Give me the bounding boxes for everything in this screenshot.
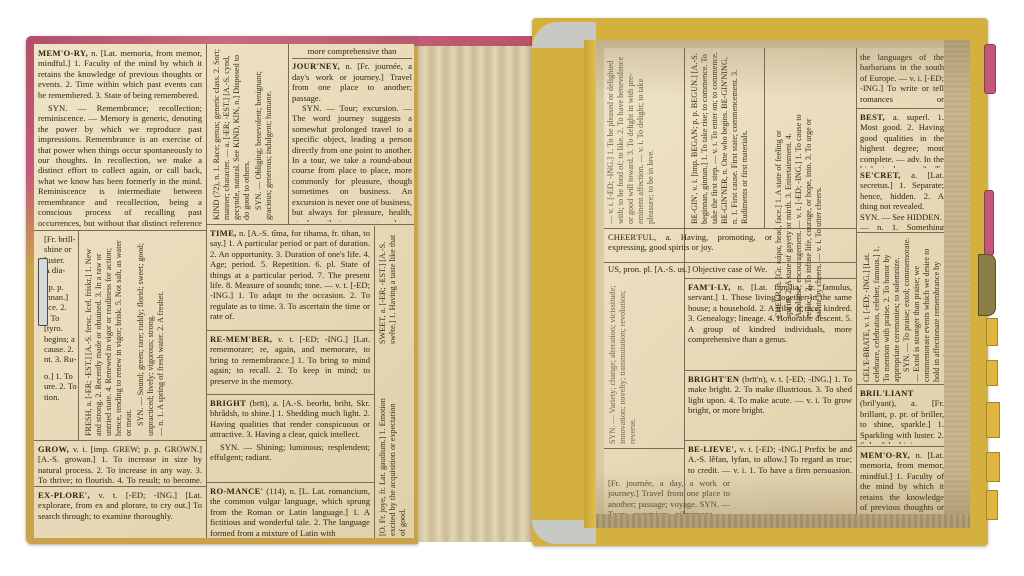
entry-variety-rotated: SYN. — Variety; change; alteration; vici…: [608, 284, 682, 444]
headword: MEM'O-RY,: [38, 48, 88, 58]
row-divider: [206, 330, 374, 331]
entry-begin-rotated: BE-GIN', v. i. [imp. BEGAN; p. p. BEGUN.…: [690, 52, 762, 224]
gold-tab-4: [986, 452, 1000, 482]
column-divider: [206, 44, 207, 538]
row-divider: [34, 486, 206, 487]
box-right-wall: [944, 40, 970, 528]
gold-tab-2: [986, 360, 998, 386]
entry-romance-continued: the languages of the barbarians in the s…: [860, 52, 944, 106]
entry-remember: RE-MEM'BER, v. t. [-ED; -ING.] [Lat. rem…: [210, 334, 370, 392]
entry-delight-rotated: — v. i. [-ED; -ING.] 1. To be pleased or…: [606, 52, 682, 224]
olive-clasp[interactable]: [978, 254, 996, 316]
box-left-wall: [584, 40, 596, 528]
row-divider: [206, 482, 374, 483]
row-divider: [206, 394, 374, 395]
synonyms: SYN. — Remembrance; recollection; remini…: [38, 103, 202, 228]
row-divider: [34, 230, 206, 231]
column-divider: [288, 44, 289, 224]
entry-sweet-rotated: SWEET, a. [-ER; -EST.] [A.-S. swête.] 1.…: [378, 226, 412, 344]
entry-family: FAM'I-LY, n. [Lat. familia, fr. famulus,…: [688, 282, 852, 368]
entry-explore: EX-PLORE', v. t. [-ED; -ING.] [Lat. expl…: [38, 490, 202, 534]
pink-tab-middle: [984, 190, 994, 256]
entry-romance: RO-MANCE' (114), n. [L. Lat. romancium, …: [210, 486, 370, 536]
entry-partial-fragments: [Fr. brill- shine or luster. A dia- : p.…: [44, 234, 78, 434]
entry-brighten: BRIGHT'EN (brīt'n), v. t. [-ED; -ING.] 1…: [688, 374, 852, 438]
entry-best: BEST, a. superl. 1. Most good. 2. Having…: [860, 112, 944, 168]
gold-tab-5: [986, 490, 998, 520]
entry-journey-fragment: [Fr. journée, a day, a work or journey.]…: [608, 478, 730, 514]
row-divider: [34, 440, 206, 441]
column-divider: [374, 226, 375, 538]
entry-journey: more comprehensive than JOUR'NEY, n. [Fr…: [292, 46, 412, 222]
entry-fresh-rotated: FRESH, a. [-ER; -EST.] [A.-S. fersc, Ice…: [84, 236, 202, 436]
column-divider: [78, 230, 79, 440]
ribbon-slot: [38, 258, 48, 326]
entry-memory-repeat: MEM'O-RY, n. [Lat. memoria, from memor, …: [860, 450, 944, 512]
entry-time: TIME, n. [A.-S. tîma, for tihama, fr. ti…: [210, 228, 370, 328]
box-bottom-wall: [596, 514, 970, 528]
entry-grow: GROW, v. i. [imp. GREW; p. p. GROWN.] [A…: [38, 444, 202, 484]
entry-us: US, pron. pl. [A.-S. us.] Objective case…: [608, 264, 772, 278]
entry-joy-rotated: [O. Fr. joye, fr. Lat. gaudium.] 1. Emot…: [378, 396, 412, 536]
spine-pink-edge: [418, 36, 550, 46]
entry-bright: BRIGHT (brīt), a. [A.-S. beorht, briht, …: [210, 398, 370, 480]
pink-tab-top: [984, 44, 996, 94]
left-dictionary-page: MEM'O-RY, n. [Lat. memoria, from memor, …: [34, 44, 414, 538]
entry-believe: BE-LIEVE', v. t. [-ED; -ING.] Prefix be …: [688, 444, 852, 474]
entry-celebrate-rotated: CEL'E-BRATE, v. t. [-ED; -ING.] [Lat. ce…: [862, 236, 946, 382]
entry-secret: SE'CRET, a. [Lat. secretus.] 1. Separate…: [860, 170, 944, 230]
gold-tab-1: [986, 318, 998, 346]
entry-memory: MEM'O-RY, n. [Lat. memoria, from memor, …: [38, 48, 202, 228]
row-divider: [206, 224, 414, 225]
gold-tab-3: [986, 402, 1000, 438]
entry-cheerful: CHEER'FUL, a. Having, promoting, or expr…: [608, 232, 772, 260]
box-floor-dictionary-page: — v. i. [-ED; -ING.] 1. To be pleased or…: [604, 48, 944, 514]
entry-kind-rotated: KIND (72), n. 1. Race; genus; generic cl…: [212, 48, 286, 220]
entry-brilliant: BRIL'LIANT (bril'yant), a. [Fr. brillant…: [860, 388, 944, 444]
